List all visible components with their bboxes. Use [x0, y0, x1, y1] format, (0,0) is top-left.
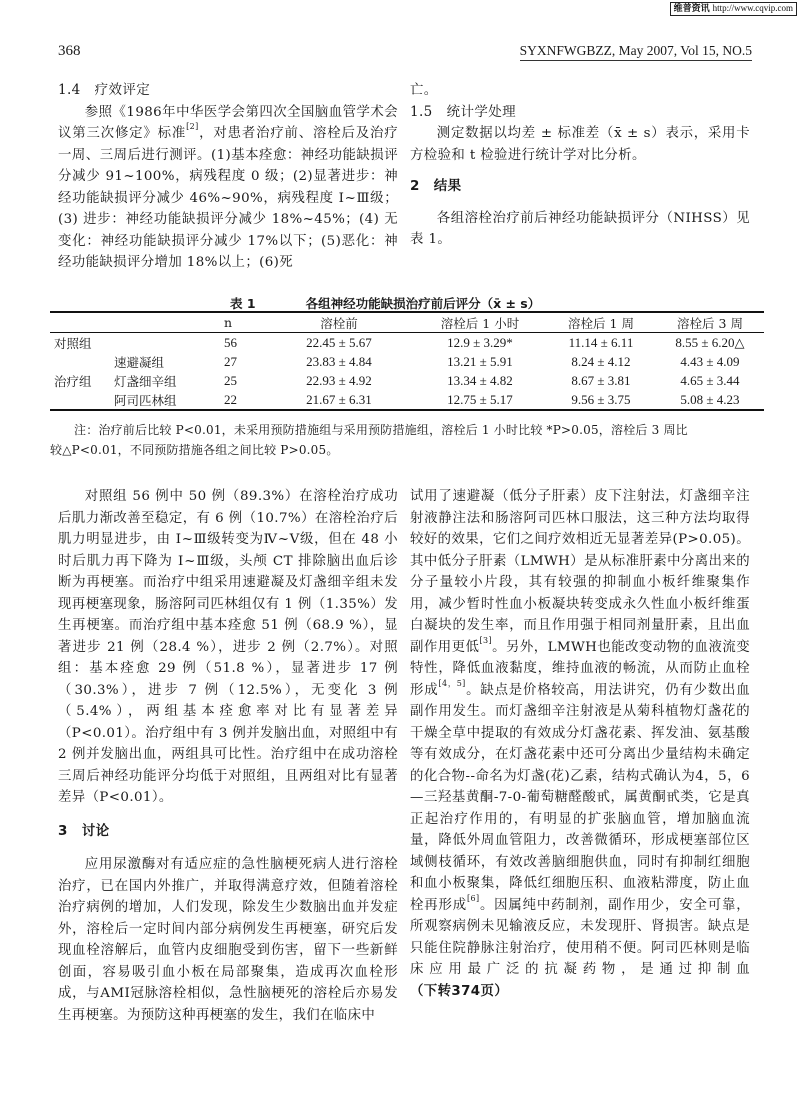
paragraph-1-4: 参照《1986年中华医学会第四次全国脑血管学术会议第三次修定》标准[2]，对患者…	[58, 102, 398, 274]
table-note: 注：治疗前后比较 P<0.01，未采用预防措施组与采用预防措施组，溶栓后 1 小…	[50, 420, 766, 460]
cell-n: 27	[224, 352, 264, 371]
table-row: 对照组 56 22.45 ± 5.67 12.9 ± 3.29* 11.14 ±…	[50, 333, 764, 353]
paragraph-text: 。缺点是价格较高，用法讲究，仍有少数出血副作用发生。而灯盏细辛注射液是从菊科植物…	[410, 683, 750, 913]
paragraph-discussion: 应用尿激酶对有适应症的急性脑梗死病人进行溶栓治疗，已在国内外推广，并取得满意疗效…	[58, 854, 398, 1026]
cell-1h: 12.75 ± 5.17	[414, 390, 546, 410]
cell-pre: 22.45 ± 5.67	[264, 333, 414, 353]
watermark-brand: 维普资讯	[674, 4, 710, 14]
cell-n: 25	[224, 371, 264, 390]
cell-pre: 21.67 ± 6.31	[264, 390, 414, 410]
header-cell	[114, 312, 224, 333]
paragraph-1-5: 测定数据以均差 ± 标准差（x̄ ± s）表示，采用卡方检验和 t 检验进行统计…	[410, 123, 750, 166]
cell-subgroup: 速避凝组	[114, 352, 224, 371]
cell-pre: 22.93 ± 4.92	[264, 371, 414, 390]
table-note-line-2: 较△P<0.01，不同预防措施各组之间比较 P>0.05。	[50, 440, 766, 460]
header-cell-pre: 溶栓前	[264, 312, 414, 333]
citation-6: [6]	[467, 894, 480, 903]
cell-1h: 13.34 ± 4.82	[414, 371, 546, 390]
page-number: 368	[58, 43, 81, 60]
cell-group	[50, 390, 114, 410]
right-column-bottom: 试用了速避凝（低分子肝素）皮下注射法，灯盏细辛注射液静注法和肠溶阿司匹林口服法，…	[410, 486, 750, 1002]
header-cell-3w: 溶栓后 3 周	[656, 312, 764, 333]
watermark-url: http://www.cqvip.com	[713, 3, 793, 13]
table-row: 治疗组 灯盏细辛组 25 22.93 ± 4.92 13.34 ± 4.82 8…	[50, 371, 764, 390]
table-row: 速避凝组 27 23.83 ± 4.84 13.21 ± 5.91 8.24 ±…	[50, 352, 764, 371]
paragraph-2: 各组溶栓治疗前后神经功能缺损评分（NIHSS）见表 1。	[410, 208, 750, 251]
table-row: 阿司匹林组 22 21.67 ± 6.31 12.75 ± 5.17 9.56 …	[50, 390, 764, 410]
cell-1w: 8.67 ± 3.81	[546, 371, 656, 390]
table-caption: 表 1各组神经功能缺损治疗前后评分（x̄ ± s）	[230, 294, 540, 312]
cell-1h: 12.9 ± 3.29*	[414, 333, 546, 353]
paragraph-text: ，对患者治疗前、溶栓后及治疗一周、三周后进行测评。(1)基本痊愈：神经功能缺损评…	[58, 126, 398, 270]
paragraph-discussion-cont: 试用了速避凝（低分子肝素）皮下注射法，灯盏细辛注射液静注法和肠溶阿司匹林口服法，…	[410, 486, 750, 1002]
section-1-4-heading: 1.4 疗效评定	[58, 80, 398, 102]
table-title: 各组神经功能缺损治疗前后评分（x̄ ± s）	[306, 296, 541, 311]
header-cell	[50, 312, 114, 333]
cell-3w: 4.65 ± 3.44	[656, 371, 764, 390]
results-table: n 溶栓前 溶栓后 1 小时 溶栓后 1 周 溶栓后 3 周 对照组 56 22…	[50, 311, 764, 411]
cell-3w: 4.43 ± 4.09	[656, 352, 764, 371]
cell-3w: 5.08 ± 4.23	[656, 390, 764, 410]
cell-group: 治疗组	[50, 371, 114, 390]
cell-subgroup	[114, 333, 224, 353]
paragraph-continuation: 亡。	[410, 80, 750, 102]
table-header-row: n 溶栓前 溶栓后 1 小时 溶栓后 1 周 溶栓后 3 周	[50, 312, 764, 333]
cell-subgroup: 灯盏细辛组	[114, 371, 224, 390]
paragraph-results: 对照组 56 例中 50 例（89.3%）在溶栓治疗成功后肌力渐改善至稳定，有 …	[58, 486, 398, 809]
cell-3w: 8.55 ± 6.20△	[656, 333, 764, 353]
cell-1w: 9.56 ± 3.75	[546, 390, 656, 410]
left-column-top: 1.4 疗效评定 参照《1986年中华医学会第四次全国脑血管学术会议第三次修定》…	[58, 80, 398, 274]
citation-2: [2]	[186, 122, 199, 131]
header-cell-1w: 溶栓后 1 周	[546, 312, 656, 333]
table-note-line-1: 注：治疗前后比较 P<0.01，未采用预防措施组与采用预防措施组，溶栓后 1 小…	[50, 420, 766, 440]
left-column-bottom: 对照组 56 例中 50 例（89.3%）在溶栓治疗成功后肌力渐改善至稳定，有 …	[58, 486, 398, 1026]
header-cell-1h: 溶栓后 1 小时	[414, 312, 546, 333]
citation-4-5: [4，5]	[438, 679, 465, 688]
paragraph-text: 试用了速避凝（低分子肝素）皮下注射法，灯盏细辛注射液静注法和肠溶阿司匹林口服法，…	[410, 489, 750, 655]
cell-group: 对照组	[50, 333, 114, 353]
cell-1h: 13.21 ± 5.91	[414, 352, 546, 371]
section-3-heading: 3 讨论	[58, 821, 398, 843]
section-1-5-heading: 1.5 统计学处理	[410, 102, 750, 124]
cell-subgroup: 阿司匹林组	[114, 390, 224, 410]
cell-n: 22	[224, 390, 264, 410]
cell-1w: 8.24 ± 4.12	[546, 352, 656, 371]
watermark-badge: 维普资讯http://www.cqvip.com	[670, 2, 797, 16]
right-column-top: 亡。 1.5 统计学处理 测定数据以均差 ± 标准差（x̄ ± s）表示，采用卡…	[410, 80, 750, 251]
section-2-heading: 2 结果	[410, 176, 750, 198]
citation-3: [3]	[479, 636, 492, 645]
cell-n: 56	[224, 333, 264, 353]
header-cell-n: n	[224, 312, 264, 333]
running-head: SYXNFWGBZZ, May 2007, Vol 15, NO.5	[520, 43, 752, 61]
cell-group	[50, 352, 114, 371]
table-label: 表 1	[230, 296, 256, 311]
cell-1w: 11.14 ± 6.11	[546, 333, 656, 353]
cell-pre: 23.83 ± 4.84	[264, 352, 414, 371]
continued-on-page-link[interactable]: （下转374页）	[410, 984, 508, 999]
